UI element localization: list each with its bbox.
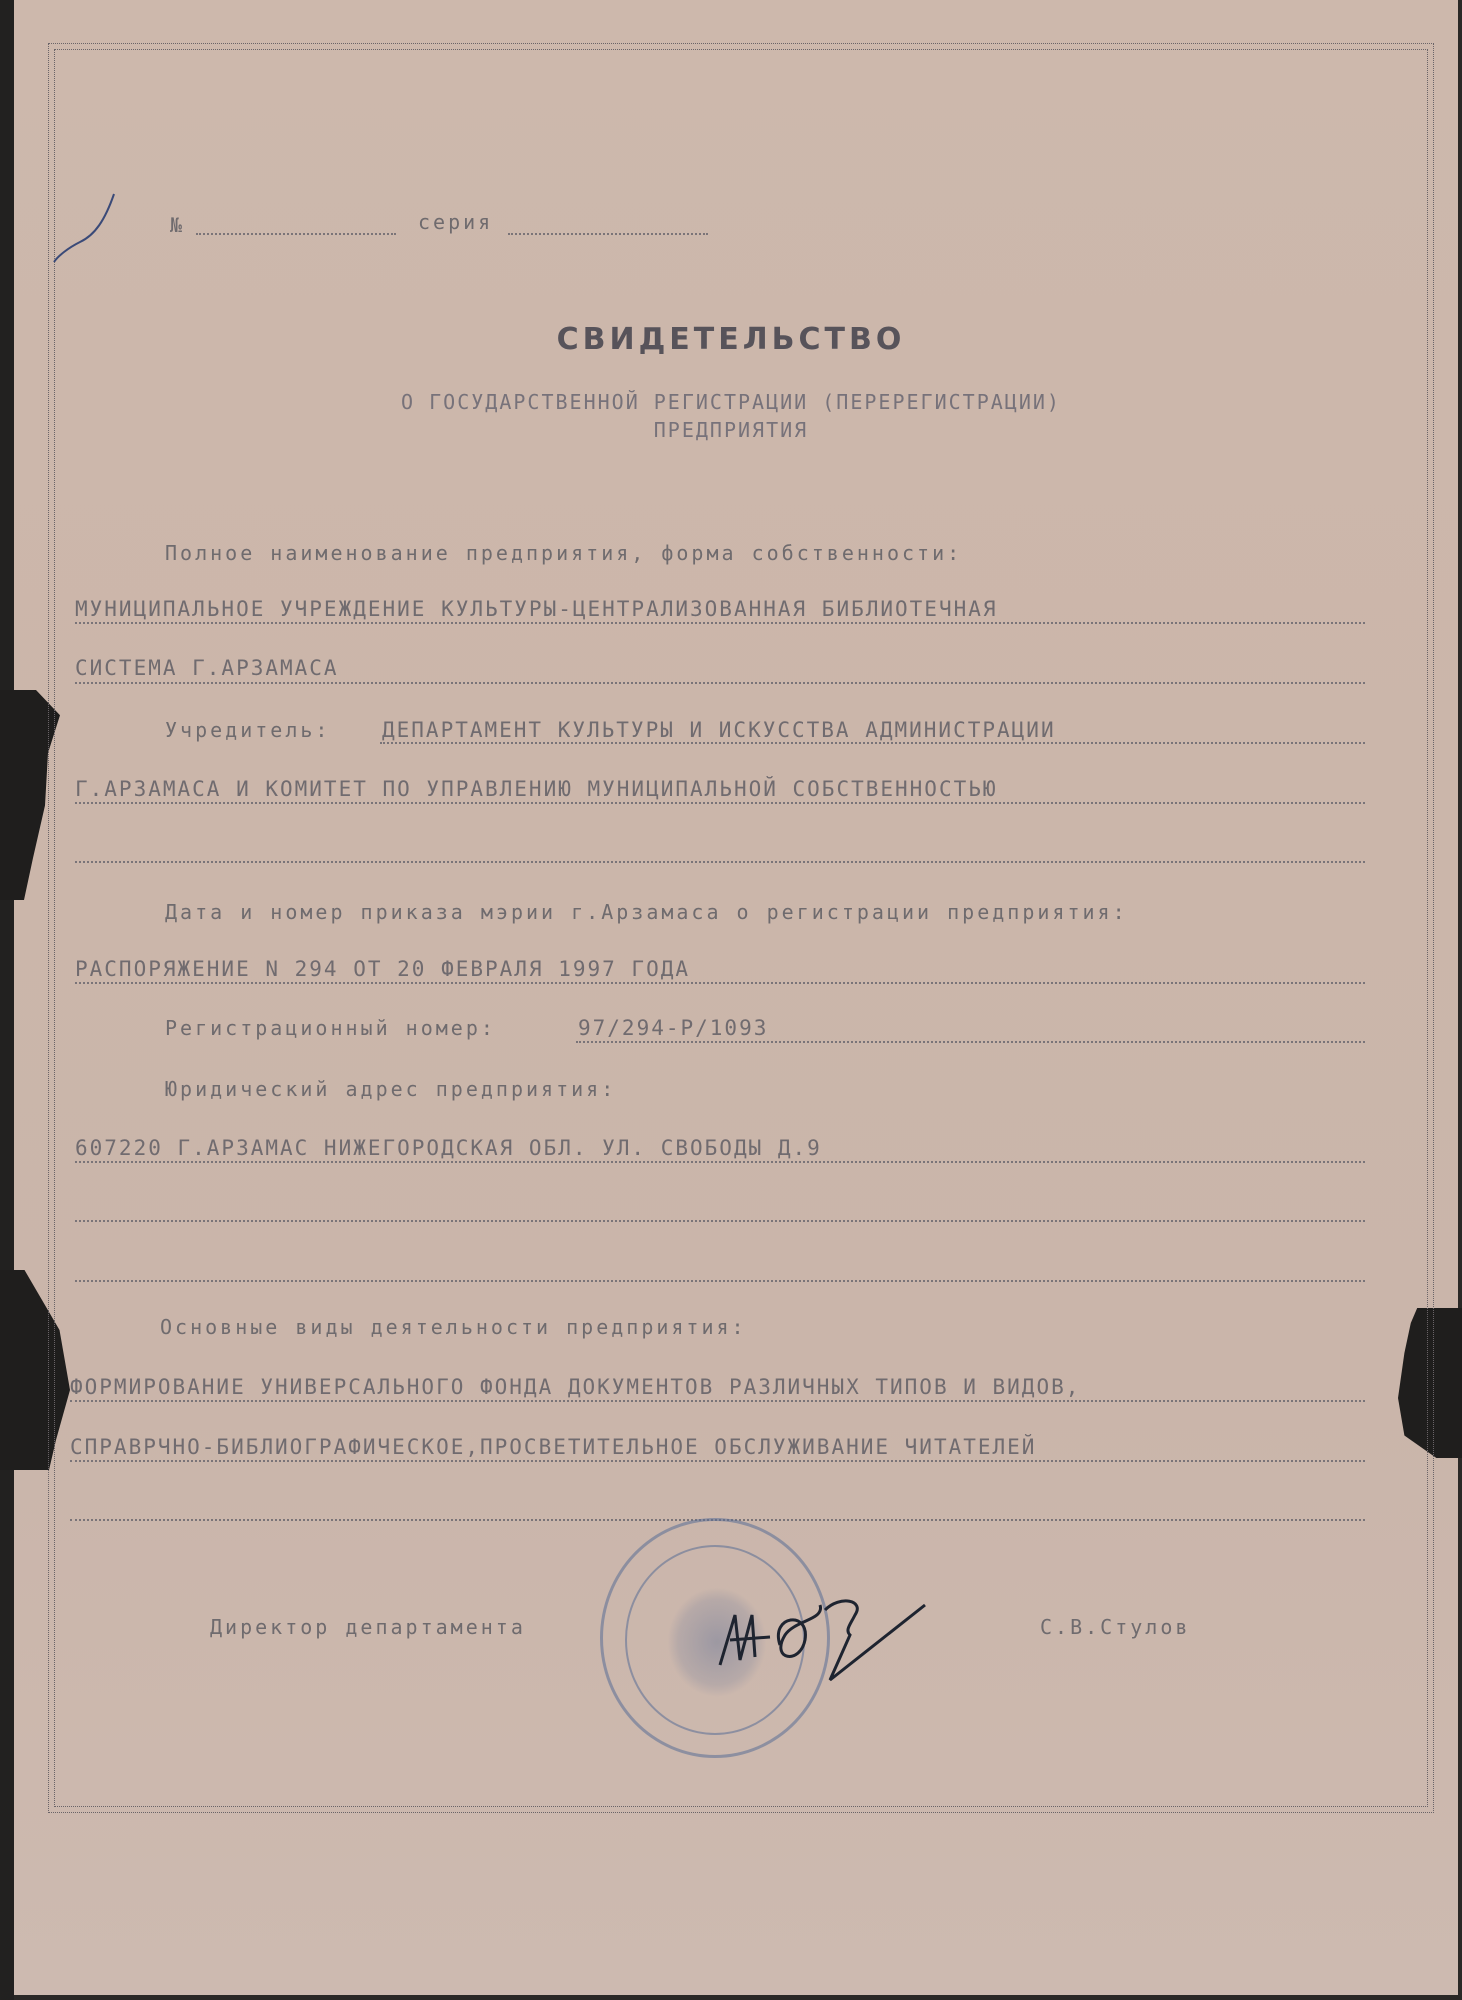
activities-underline-2 xyxy=(70,1460,1365,1462)
number-label: № xyxy=(170,213,185,237)
full-name-label: Полное наименование предприятия, форма с… xyxy=(165,541,962,565)
series-field-line xyxy=(508,233,708,235)
activities-value-line1: ФОРМИРОВАНИЕ УНИВЕРСАЛЬНОГО ФОНДА ДОКУМЕ… xyxy=(70,1375,1080,1399)
founder-value-line2: Г.АРЗАМАСА И КОМИТЕТ ПО УПРАВЛЕНИЮ МУНИЦ… xyxy=(75,777,998,801)
signatory-name: С.В.Стулов xyxy=(1040,1615,1190,1639)
document-subtitle-line1: О ГОСУДАРСТВЕННОЙ РЕГИСТРАЦИИ (ПЕРЕРЕГИС… xyxy=(0,390,1462,414)
activities-label: Основные виды деятельности предприятия: xyxy=(160,1315,747,1339)
address-underline-2 xyxy=(75,1220,1365,1222)
document-subtitle-line2: ПРЕДПРИЯТИЯ xyxy=(0,418,1462,442)
scan-background-left xyxy=(0,0,14,2000)
address-underline-1 xyxy=(75,1161,1365,1163)
address-value: 607220 Г.АРЗАМАС НИЖЕГОРОДСКАЯ ОБЛ. УЛ. … xyxy=(75,1136,822,1160)
series-label: серия xyxy=(418,210,493,234)
handwritten-signature xyxy=(700,1585,940,1695)
founder-value-line1: ДЕПАРТАМЕНТ КУЛЬТУРЫ И ИСКУССТВА АДМИНИС… xyxy=(382,718,1056,742)
document-title: СВИДЕТЕЛЬСТВО xyxy=(0,322,1462,357)
reg-number-label: Регистрационный номер: xyxy=(165,1016,496,1040)
activities-underline-1 xyxy=(70,1400,1365,1402)
activities-value-line2: СПРАВРЧНО-БИБЛИОГРАФИЧЕСКОЕ,ПРОСВЕТИТЕЛЬ… xyxy=(70,1435,1036,1459)
full-name-value-line1: МУНИЦИПАЛЬНОЕ УЧРЕЖДЕНИЕ КУЛЬТУРЫ-ЦЕНТРА… xyxy=(75,597,998,621)
address-label: Юридический адрес предприятия: xyxy=(165,1077,616,1101)
scan-background-right xyxy=(1458,0,1462,2000)
order-underline xyxy=(75,982,1365,984)
reg-number-value: 97/294-Р/1093 xyxy=(578,1016,768,1040)
signatory-position: Директор департамента xyxy=(210,1615,526,1639)
founder-underline-1 xyxy=(380,742,1365,744)
address-underline-3 xyxy=(75,1280,1365,1282)
full-name-underline-2 xyxy=(75,682,1365,684)
number-field-line xyxy=(196,233,396,235)
pen-mark xyxy=(50,190,120,270)
reg-number-underline xyxy=(576,1041,1365,1043)
founder-underline-2 xyxy=(75,802,1365,804)
full-name-value-line2: СИСТЕМА Г.АРЗАМАСА xyxy=(75,656,339,680)
order-value: РАСПОРЯЖЕНИЕ N 294 ОТ 20 ФЕВРАЛЯ 1997 ГО… xyxy=(75,957,690,981)
founder-label: Учредитель: xyxy=(165,718,330,742)
order-label: Дата и номер приказа мэрии г.Арзамаса о … xyxy=(165,900,1128,924)
founder-underline-3 xyxy=(75,861,1365,863)
full-name-underline-1 xyxy=(75,622,1365,624)
